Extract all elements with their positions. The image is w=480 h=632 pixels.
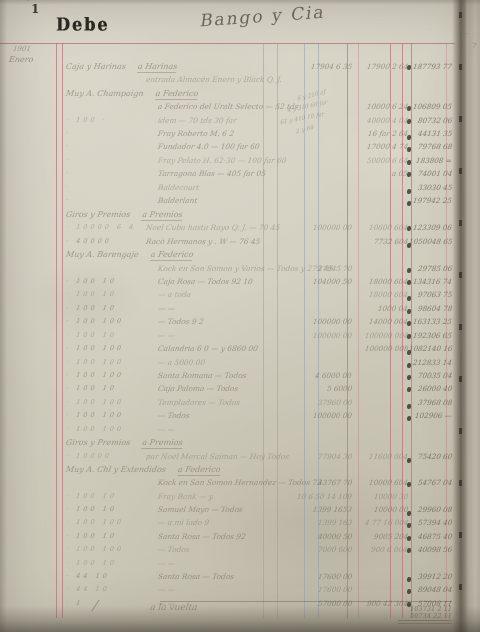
row-description: Noel Cuba hasta Rayo Q. J. — 70 45 (145, 223, 280, 232)
ink-blot (407, 172, 411, 177)
row-date-dittos: · 100 100 (65, 518, 124, 526)
ledger-row: ·Balderlant197942 25 (0, 196, 480, 209)
row-date-dittos: · (65, 169, 71, 177)
ledger-row: · 100 100— a mi lado 91399 1634 77 16 00… (0, 518, 480, 531)
row-description: Muy A. Barengajea Federico (65, 250, 139, 259)
ledger-row: · 40000Racò Hermanos y . W — 76 457732 6… (0, 237, 480, 250)
row-date-dittos: · 100 10 (65, 277, 117, 285)
ink-blot (407, 523, 411, 528)
row-description: — Todos (157, 411, 190, 420)
row-amount-total: 75420 60 (417, 452, 453, 461)
row-amount-total: 54767 04 (417, 478, 453, 487)
ledger-row: · 10000par Noel Mercal Saiman — Hoy Todo… (0, 452, 480, 465)
row-amount-1: 104000 50 (312, 277, 352, 286)
ink-blot (407, 268, 411, 273)
row-date-dittos: · 100 100 (65, 545, 124, 553)
row-description: Samuel Mayo — Todos (157, 505, 243, 514)
row-description: Balderlant (157, 196, 198, 205)
row-amount-1: 17904 6 35 (310, 62, 352, 71)
row-date-dittos: · 100 10 (65, 505, 117, 513)
ink-blot (407, 106, 411, 111)
ink-blot (407, 160, 411, 165)
row-amount-total: 46875 40 (417, 532, 453, 541)
ledger-rows: Caja y Harinasa Harinas17904 6 3517900 2… (0, 0, 480, 632)
row-amount-total: 37968 08 (417, 398, 453, 407)
row-amount-total: 33030 45 (417, 183, 453, 192)
row-date-dittos: · 100 100 (65, 317, 124, 325)
row-date-dittos: · 100 10 (65, 331, 117, 339)
ledger-row: · 100 100— Todos7000 600900 6 00440098 5… (0, 545, 480, 558)
ink-blot (407, 536, 411, 541)
ledger-page: ˙ 1 Debe Bango y Cia 1901 Enero Caja y H… (0, 0, 480, 632)
row-amount-2: 18000 604 (368, 277, 408, 286)
row-date-dittos: · (65, 129, 71, 137)
row-date-dittos: · 100 100 (65, 371, 124, 379)
row-description: Fray Pelato H. 62·30 — 100 far 60 (157, 156, 287, 165)
row-description: Calandria 6 0 — y 6860 00 (157, 344, 258, 353)
row-amount-1: 1399 1653 (312, 505, 352, 514)
ledger-row: · 100 100Santa Romana — Todos4 6000 0070… (0, 371, 480, 384)
ledger-row: · 100 10Fray Bank — y10 6 50 14 10910000… (0, 492, 480, 505)
row-amount-total: 212833 14 (412, 358, 452, 367)
left-edge-shadow (0, 0, 7, 632)
row-amount-total: 163133 25 (412, 317, 452, 326)
ink-blot (407, 321, 411, 326)
row-description: idem — 70 tds 30 far (157, 116, 237, 125)
row-account-underlined: a Harinas (137, 62, 178, 73)
row-amount-1: 17600 00 (317, 572, 353, 581)
ink-blot (407, 387, 411, 392)
row-amount-2: 10000 30 (373, 492, 409, 501)
row-amount-total: 197942 25 (412, 196, 452, 205)
row-amount-1: 100000 00 (312, 411, 352, 420)
row-date-dittos: · (65, 156, 71, 164)
row-description: a Federico del Uralt Selecto — 52 tds (157, 102, 299, 111)
row-amount-total: 70035 04 (417, 371, 453, 380)
ink-blot (407, 147, 411, 152)
row-amount-total: 40098 56 (417, 545, 453, 554)
row-description: Muy A. Champaigna Federico (65, 89, 144, 98)
ledger-row: · 100 10Samuel Mayo — Todos1399 16531000… (0, 505, 480, 518)
ledger-row: · 100 100— Todos100000 00102906 — (0, 411, 480, 424)
row-amount-total: 102906 — (414, 411, 452, 420)
row-amount-1: 10 6 50 14 109 (296, 492, 352, 501)
ledger-row: · 100 100— a 5000 00212833 14 (0, 358, 480, 371)
row-amount-total: 106809 05 (412, 102, 452, 111)
row-description: Kock en San Somon y Varios — Todos y 279… (157, 264, 333, 273)
row-description: Santa Romana — Todos (157, 371, 247, 380)
row-description: Santa Rosa — Todos 92 (157, 532, 246, 541)
row-date-dittos: · 100 10 (65, 304, 117, 312)
ink-blot (407, 350, 411, 355)
row-amount-2: 4 77 16 004 (364, 518, 409, 527)
ink-blot (407, 119, 411, 124)
ink-blot (407, 334, 411, 339)
ink-blot (407, 577, 411, 582)
row-amount-total: 74001 04 (417, 169, 453, 178)
row-description: par Noel Mercal Saiman — Hoy Todos (145, 452, 289, 461)
row-amount-2: 17900 2 64 (366, 62, 408, 71)
ink-blot (407, 482, 411, 487)
ink-blot (407, 309, 411, 314)
row-description: — — (157, 304, 175, 313)
row-amount-1: 17600 00 (317, 585, 353, 594)
row-description: — — (157, 585, 175, 594)
row-amount-2: 18000 604 (368, 290, 408, 299)
row-description: — a toda (157, 290, 191, 299)
row-amount-2: 1000 04 (378, 304, 409, 313)
ledger-row: Kock en San Somon y Varios — Todos y 279… (0, 264, 480, 277)
row-description: — a 5000 00 (157, 358, 205, 367)
ledger-row: · 100 10Caja Rosa — Todos 92 10104000 50… (0, 277, 480, 290)
ledger-row: · 100 10Santa Rosa — Todos 9240000 50900… (0, 532, 480, 545)
row-description: — a mi lado 9 (157, 518, 209, 527)
row-description: — — (157, 331, 175, 340)
row-date-dittos: · 100 100 (65, 398, 124, 406)
row-description: Kock en San Somon Hernandez — Todos 73 (157, 478, 322, 487)
ledger-row: Giros y Premiosa Premios (0, 438, 480, 451)
ledger-row: · 100 10Caja Paloma — Todos5 600026000 4… (0, 384, 480, 397)
row-amount-total: 80732 06 (417, 116, 453, 125)
ink-blot (407, 511, 411, 516)
row-amount-2: 9005 204 (373, 532, 409, 541)
ink-blot (407, 201, 411, 206)
row-account-underlined: a Premios (141, 438, 183, 449)
row-amount-total: 187793 77 (412, 62, 452, 71)
ledger-row: Kock en San Somon Hernandez — Todos 7343… (0, 478, 480, 491)
row-date-dittos: · 10000 (65, 452, 112, 460)
row-amount-2: 100000 004 (364, 331, 409, 340)
ink-blot (407, 135, 411, 140)
row-description: — Todos (157, 545, 190, 554)
row-date-dittos: · 100 100 (65, 358, 124, 366)
row-amount-1: 1399 163 (317, 518, 353, 527)
row-description: Racò Hermanos y . W — 76 45 (145, 237, 261, 246)
row-amount-1: 100000 00 (312, 331, 352, 340)
row-date-dittos: · 100 100 (65, 411, 124, 419)
ledger-row: · 100 100Calandria 6 0 — y 6860 00100000… (0, 344, 480, 357)
row-amount-2: 16 far 2 64 (367, 129, 408, 138)
row-date-dittos: · (65, 196, 71, 204)
ledger-row: · 100 10— —1000 0498604 78 (0, 304, 480, 317)
row-date-dittos: · 44 10 (65, 585, 110, 593)
ledger-row: · 100 100— — (0, 425, 480, 438)
ledger-row: ·Fray Roberto M. 6 216 far 2 6444131 35 (0, 129, 480, 142)
row-date-dittos: · 100 10 (65, 290, 117, 298)
row-description: Santa Rosa — Todos (157, 572, 234, 581)
facing-page-edge (468, 0, 480, 632)
row-account-underlined: a Federico (150, 250, 194, 261)
row-amount-total: 192306 65 (412, 331, 452, 340)
ink-blot (407, 226, 411, 231)
ledger-row: · 100 ·idem — 70 tds 30 far40000 4 04807… (0, 116, 480, 129)
row-amount-2: 40000 4 04 (366, 116, 408, 125)
row-amount-2: 14000 004 (368, 317, 408, 326)
ink-blot (407, 189, 411, 194)
ink-blot (407, 375, 411, 380)
row-amount-1: 100000 00 (312, 223, 352, 232)
row-account-underlined: a Premios (141, 210, 183, 221)
row-amount-2: 10000 6 24 (366, 102, 408, 111)
row-amount-2: 7732 604 (373, 237, 409, 246)
row-amount-2: 900 6 004 (371, 545, 409, 554)
ledger-row: Caja y Harinasa Harinas17904 6 3517900 2… (0, 62, 480, 75)
row-amount-total: 1050048 65 (408, 237, 453, 246)
row-amount-2: 10000 00 (373, 505, 409, 514)
row-description: Fray Bank — y (157, 492, 213, 501)
row-amount-1: 4 6000 00 (315, 371, 353, 380)
row-amount-1: 5 6000 (326, 384, 352, 393)
row-amount-2: 10000 604 (368, 478, 408, 487)
row-date-dittos: · 100 10 (65, 532, 117, 540)
ledger-row: Giros y Premiosa Premios (0, 210, 480, 223)
row-amount-1: 43767 70 (317, 478, 353, 487)
ink-blot (407, 404, 411, 409)
row-amount-1: 27945 70 (317, 264, 353, 273)
row-date-dittos: · 40000 (65, 237, 112, 245)
ledger-row: ·Baldecourt33030 45 (0, 183, 480, 196)
ledger-row: · 100 100— Todos 9 2100000 0014000 00416… (0, 317, 480, 330)
top-edge-shadow (0, 0, 480, 5)
row-amount-1: 77904 30 (317, 452, 353, 461)
ledger-row: ·Fray Pelato H. 62·30 — 100 far 6050000 … (0, 156, 480, 169)
row-amount-2: 100000 008 (364, 344, 409, 353)
row-amount-total: 89048 04 (417, 585, 453, 594)
ink-blot (407, 363, 411, 368)
row-amount-total: 1082140 16 (408, 344, 453, 353)
row-date-dittos: · 10000 6 4 (65, 223, 136, 231)
ledger-row: · 100 10— —100000 00100000 004192306 65 (0, 331, 480, 344)
row-description: Caja Rosa — Todos 92 10 (157, 277, 253, 286)
row-amount-total: 123309 06 (412, 223, 452, 232)
row-amount-1: 100000 00 (312, 317, 352, 326)
ink-blot (407, 243, 411, 248)
row-date-dittos: · 100 100 (65, 344, 124, 352)
row-amount-total: 79768 68 (417, 142, 453, 151)
ledger-row: Muy A. Champaigna Federico (0, 89, 480, 102)
row-date-dittos: · (65, 183, 71, 191)
row-description: entrada Almacén Enero y Black Q. J. (145, 75, 282, 84)
ink-blot (407, 65, 411, 70)
row-description: — — (157, 559, 175, 568)
ink-blot (407, 589, 411, 594)
row-amount-total: 29785 06 (417, 264, 453, 273)
row-description: Muy A. Chl y Extendidosa Federico (65, 465, 166, 474)
row-amount-2: 50000 6 64 (366, 156, 408, 165)
row-amount-1: 40000 50 (317, 532, 353, 541)
row-date-dittos: · 44 10 (65, 572, 110, 580)
row-description: — — (157, 425, 175, 434)
row-description: Baldecourt (157, 183, 199, 192)
row-amount-2: 10600 604 (368, 223, 408, 232)
row-amount-total: 97063 75 (417, 290, 453, 299)
row-account-underlined: a Federico (155, 89, 199, 100)
ledger-row: · 44 10— —17600 0089048 04 (0, 585, 480, 598)
row-date-dittos: · (65, 142, 71, 150)
ink-blot (407, 458, 411, 463)
row-description: Tarragona Blas — 405 far 05 (157, 169, 266, 178)
ledger-row: · 100 10— a toda18000 60497063 75 (0, 290, 480, 303)
row-account-underlined: a Federico (177, 465, 221, 476)
row-amount-total: 29960 08 (417, 505, 453, 514)
row-amount-total: 57394 40 (417, 518, 453, 527)
row-amount-total: 183808 = (416, 156, 453, 165)
row-description: Fray Roberto M. 6 2 (157, 129, 234, 138)
row-amount-1: 7000 600 (317, 545, 353, 554)
ledger-row: · 100 10— — (0, 559, 480, 572)
row-date-dittos: · 100 100 (65, 425, 124, 433)
row-date-dittos: · 100 10 (65, 384, 117, 392)
bottom-edge-shadow (0, 606, 480, 632)
row-date-dittos: · 100 · (65, 116, 108, 124)
row-description: — Todos 9 2 (157, 317, 204, 326)
ledger-row: Muy A. Barengajea Federico (0, 250, 480, 263)
row-amount-total: 26000 40 (417, 384, 453, 393)
row-amount-1: 37960 00 (317, 398, 353, 407)
row-amount-total: 98604 78 (417, 304, 453, 313)
ink-blot (407, 416, 411, 421)
row-amount-total: 39912 20 (417, 572, 453, 581)
row-description: Caja y Harinasa Harinas (65, 62, 126, 71)
row-description: Giros y Premiosa Premios (65, 210, 131, 219)
ledger-row: · 100 100Templadores — Todos37960 003796… (0, 398, 480, 411)
row-amount-2: 11600 004 (368, 452, 408, 461)
row-description: Giros y Premiosa Premios (65, 438, 131, 447)
binding-stitches (459, 12, 462, 620)
row-amount-total: 44131 35 (417, 129, 453, 138)
row-description: Fundador 4.0 — 100 far 60 (157, 142, 260, 151)
ink-blot (407, 296, 411, 301)
ledger-row: · 44 10Santa Rosa — Todos17600 0039912 2… (0, 572, 480, 585)
ledger-row: Muy A. Chl y Extendidosa Federico (0, 465, 480, 478)
row-date-dittos: · 100 10 (65, 559, 117, 567)
row-description: Caja Paloma — Todos (157, 384, 239, 393)
ledger-row: ·Fundador 4.0 — 100 far 6017000 4 747976… (0, 142, 480, 155)
row-amount-total: 134316 74 (412, 277, 452, 286)
ink-blot (407, 548, 411, 553)
ledger-row: entrada Almacén Enero y Black Q. J. (0, 75, 480, 88)
ledger-row: a Federico del Uralt Selecto — 52 tds100… (0, 102, 480, 115)
row-date-dittos: · 100 10 (65, 492, 117, 500)
ledger-row: ·Tarragona Blas — 405 far 05a 0574001 04 (0, 169, 480, 182)
row-amount-2: 17000 4 74 (366, 142, 408, 151)
ledger-row: · 10000 6 4Noel Cuba hasta Rayo Q. J. — … (0, 223, 480, 236)
row-description: Templadores — Todos (157, 398, 240, 407)
ink-blot (407, 280, 411, 285)
total-rule-ink (160, 601, 452, 602)
